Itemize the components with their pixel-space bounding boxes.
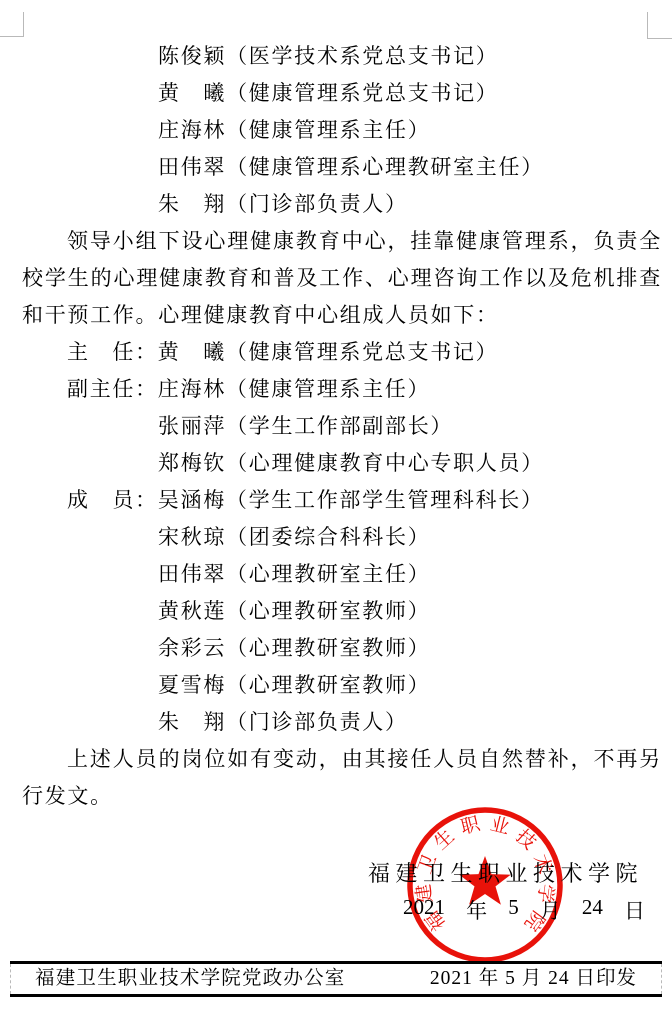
leading-group-member-line: 朱 翔（门诊部负责人）	[22, 186, 662, 223]
official-seal: 福建卫生职业技术学院	[400, 800, 570, 970]
roster-member-line: 余彩云（心理教研室教师）	[22, 630, 662, 667]
seal-star-icon	[459, 856, 510, 905]
document-page: 陈俊颖（医学技术系党总支书记） 黄 曦（健康管理系党总支书记） 庄海林（健康管理…	[0, 0, 672, 1024]
page-edge-dash-right	[661, 964, 662, 994]
center-description-paragraph: 领导小组下设心理健康教育中心，挂靠健康管理系，负责全校学生的心理健康教育和普及工…	[22, 223, 662, 334]
roster-member-line: 夏雪梅（心理教研室教师）	[22, 667, 662, 704]
footer-rule-bottom	[10, 994, 662, 997]
roster-deputy-line: 郑梅钦（心理健康教育中心专职人员）	[22, 445, 662, 482]
roster-director-line: 主 任：黄 曦（健康管理系党总支书记）	[22, 334, 662, 371]
corner-mark-top-left	[23, 12, 24, 36]
roster-member-line: 田伟翠（心理教研室主任）	[22, 556, 662, 593]
document-body: 陈俊颖（医学技术系党总支书记） 黄 曦（健康管理系党总支书记） 庄海林（健康管理…	[22, 38, 662, 815]
corner-mark-top-left	[0, 36, 24, 37]
leading-group-member-line: 庄海林（健康管理系主任）	[22, 112, 662, 149]
roster-member-line: 宋秋琼（团委综合科科长）	[22, 519, 662, 556]
roster-member-line: 成 员：吴涵梅（学生工作部学生管理科科长）	[22, 482, 662, 519]
leading-group-member-line: 田伟翠（健康管理系心理教研室主任）	[22, 149, 662, 186]
seal-arc-char: 建	[412, 883, 436, 905]
roster-deputy-line: 张丽萍（学生工作部副部长）	[22, 408, 662, 445]
leading-group-member-line: 黄 曦（健康管理系党总支书记）	[22, 75, 662, 112]
signature-date-token: 日	[624, 895, 645, 925]
roster-deputy-line: 副主任：庄海林（健康管理系主任）	[22, 371, 662, 408]
leading-group-member-line: 陈俊颖（医学技术系党总支书记）	[22, 38, 662, 75]
signature-date-token: 24	[582, 895, 603, 925]
roster-member-line: 黄秋莲（心理教研室教师）	[22, 593, 662, 630]
seal-arc-char: 学	[533, 883, 557, 905]
corner-mark-top-right	[647, 12, 648, 38]
roster-member-line: 朱 翔（门诊部负责人）	[22, 704, 662, 741]
seal-arc-char: 业	[488, 813, 512, 839]
page-edge-dash-left	[10, 964, 11, 994]
seal-arc-char: 职	[458, 813, 483, 839]
footer-issuing-office: 福建卫生职业技术学院党政办公室	[35, 964, 346, 994]
